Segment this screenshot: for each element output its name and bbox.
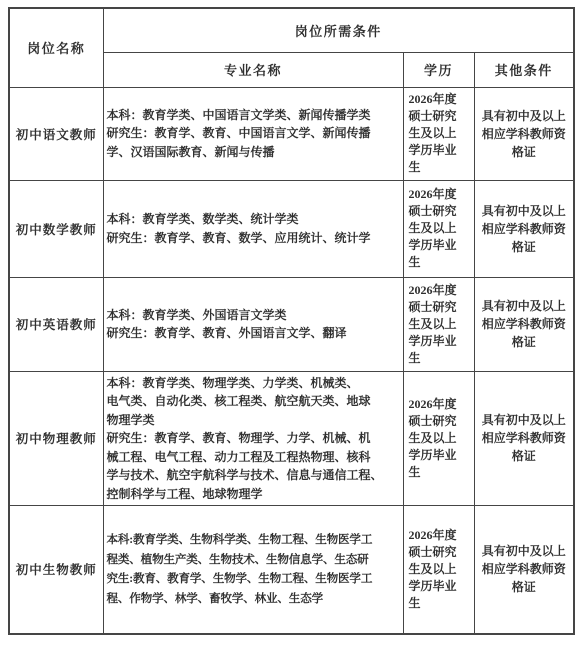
majors-cell: 本科：教育学类、外国语言文学类 研究生：教育学、教育、外国语言文学、翻译 xyxy=(103,277,403,371)
other-conditions-cell: 具有初中及以上 相应学科教师资 格证 xyxy=(474,180,574,277)
table-row-biology-teacher: 初中生物教师 本科:教育学类、生物科学类、生物工程、生物医学工 程类、植物生产类… xyxy=(9,506,574,634)
other-conditions-cell: 具有初中及以上 相应学科教师资 格证 xyxy=(474,506,574,634)
majors-cell: 本科：教育学类、物理学类、力学类、机械类、 电气类、自动化类、核工程类、航空航天… xyxy=(103,371,403,506)
education-cell: 2026年度 硕士研究 生及以上 学历毕业 生 xyxy=(403,371,474,506)
table-row-english-teacher: 初中英语教师 本科：教育学类、外国语言文学类 研究生：教育学、教育、外国语言文学… xyxy=(9,277,574,371)
majors-cell: 本科：教育学类、中国语言文学类、新闻传播学类 研究生：教育学、教育、中国语言文学… xyxy=(103,87,403,180)
position-cell: 初中英语教师 xyxy=(9,277,103,371)
majors-cell: 本科：教育学类、数学类、统计学类 研究生：教育学、教育、数学、应用统计、统计学 xyxy=(103,180,403,277)
education-cell: 2026年度 硕士研究 生及以上 学历毕业 生 xyxy=(403,277,474,371)
position-cell: 初中生物教师 xyxy=(9,506,103,634)
education-cell: 2026年度 硕士研究 生及以上 学历毕业 生 xyxy=(403,87,474,180)
table-row-physics-teacher: 初中物理教师 本科：教育学类、物理学类、力学类、机械类、 电气类、自动化类、核工… xyxy=(9,371,574,506)
other-conditions-cell: 具有初中及以上 相应学科教师资 格证 xyxy=(474,277,574,371)
other-conditions-cell: 具有初中及以上 相应学科教师资 格证 xyxy=(474,371,574,506)
header-requirements-group: 岗位所需条件 xyxy=(103,8,574,52)
table-row-math-teacher: 初中数学教师 本科：教育学类、数学类、统计学类 研究生：教育学、教育、数学、应用… xyxy=(9,180,574,277)
position-cell: 初中物理教师 xyxy=(9,371,103,506)
header-education: 学历 xyxy=(403,52,474,87)
education-cell: 2026年度 硕士研究 生及以上 学历毕业 生 xyxy=(403,180,474,277)
position-cell: 初中数学教师 xyxy=(9,180,103,277)
majors-cell: 本科:教育学类、生物科学类、生物工程、生物医学工 程类、植物生产类、生物技术、生… xyxy=(103,506,403,634)
job-requirements-table: 岗位名称 岗位所需条件 专业名称 学历 其他条件 初中语文教师 本科：教育学类、… xyxy=(8,7,575,635)
other-conditions-cell: 具有初中及以上 相应学科教师资 格证 xyxy=(474,87,574,180)
education-cell: 2026年度 硕士研究 生及以上 学历毕业 生 xyxy=(403,506,474,634)
header-major-name: 专业名称 xyxy=(103,52,403,87)
header-position-name: 岗位名称 xyxy=(9,8,103,87)
page: { "table": { "header": { "position_col":… xyxy=(0,0,580,645)
position-cell: 初中语文教师 xyxy=(9,87,103,180)
header-other-conditions: 其他条件 xyxy=(474,52,574,87)
header-row-group: 岗位名称 岗位所需条件 xyxy=(9,8,574,52)
table-row-chinese-teacher: 初中语文教师 本科：教育学类、中国语言文学类、新闻传播学类 研究生：教育学、教育… xyxy=(9,87,574,180)
